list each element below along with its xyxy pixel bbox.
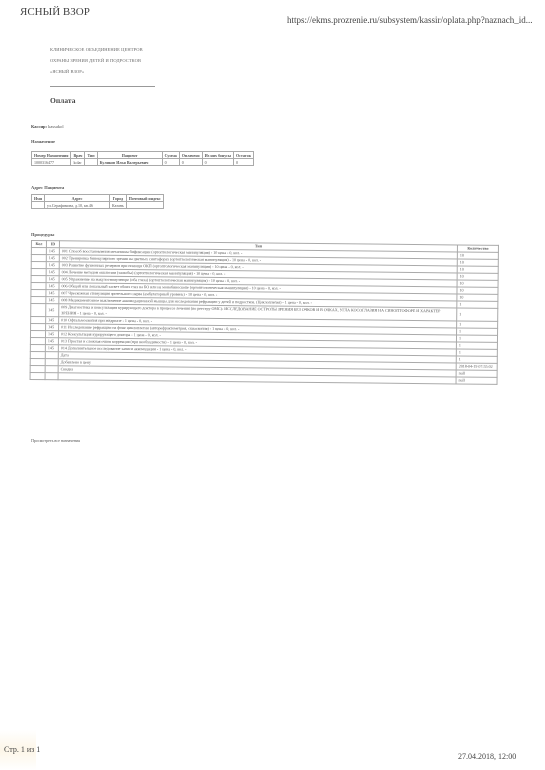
table-row: ул.Серафимова, д.10, кв.46 Казань xyxy=(32,202,164,209)
col-header: Адрес xyxy=(45,195,110,202)
cell-id: 145 xyxy=(45,345,58,352)
table-header-row: Имя Адрес Город Почтовый индекс xyxy=(32,195,164,202)
view-all-appointments-link[interactable]: Просмотреть все назначения xyxy=(31,438,80,443)
col-header: Из них бонусы xyxy=(202,152,233,159)
org-line-3: «ЯСНЫЙ ВЗОР» xyxy=(50,66,143,77)
cell: 0 xyxy=(234,159,254,166)
cell-empty xyxy=(30,372,45,379)
cell xyxy=(85,159,97,166)
cell-id: 145 xyxy=(46,248,59,255)
cell-checkbox xyxy=(31,304,46,317)
org-line-2: ОХРАНЫ ЗРЕНИЯ ДЕТЕЙ И ПОДРОСТКОВ xyxy=(50,55,143,66)
cell: 1000316477 xyxy=(32,159,71,166)
col-header: Имя xyxy=(32,195,45,202)
appointment-table: Номер Назначения Врач Тип Пациент Сумма … xyxy=(31,151,254,166)
cashier-label: Кассир: xyxy=(31,124,47,129)
address-table: Имя Адрес Город Почтовый индекс ул.Сераф… xyxy=(31,194,164,209)
col-header: Тип xyxy=(85,152,97,159)
col-header: Пациент xyxy=(97,152,162,159)
cell-id: 145 xyxy=(46,304,59,317)
appointment-section-title: Назначение xyxy=(31,139,55,144)
cell: 0 xyxy=(179,159,202,166)
table-header-row: Номер Назначения Врач Тип Пациент Сумма … xyxy=(32,152,254,159)
meta-value: 2018-04-19 07:55:02 xyxy=(456,363,497,370)
col-header: Город xyxy=(110,195,127,202)
cell-id: 145 xyxy=(46,290,59,297)
cell xyxy=(32,202,45,209)
page-title: Оплата xyxy=(50,96,75,105)
address-section-title: Адрес Пациента xyxy=(31,185,64,190)
print-datetime: 27.04.2018, 12:00 xyxy=(458,752,516,761)
cell-qty: 1 xyxy=(457,308,498,321)
cell-empty xyxy=(45,373,58,380)
col-header: Оплачено xyxy=(179,152,202,159)
cell-id: 145 xyxy=(46,297,59,304)
col-header: Сумма xyxy=(162,152,179,159)
cell: 0 xyxy=(162,159,179,166)
col-header: Почтовый индекс xyxy=(126,195,163,202)
print-header-title: ЯСНЫЙ ВЗОР xyxy=(20,6,90,18)
procedures-table: Кол ID Тип Количество 145001 Способ восс… xyxy=(30,240,499,385)
col-header: Номер Назначения xyxy=(32,152,71,159)
cell: 0 xyxy=(202,159,233,166)
cell-id: 145 xyxy=(46,262,59,269)
page-number: Стр. 1 из 1 xyxy=(4,745,40,754)
cell-id: 145 xyxy=(46,317,59,324)
cell-id: 145 xyxy=(45,338,58,345)
divider xyxy=(50,86,155,87)
cell-id: 145 xyxy=(46,269,59,276)
cell-id: 145 xyxy=(46,255,59,262)
cell-id: 145 xyxy=(45,331,58,338)
cashier-value: kassakol xyxy=(48,124,64,129)
org-line-1: КЛИНИЧЕСКОЕ ОБЪЕДИНЕНИЕ ЦЕНТРОВ xyxy=(50,44,143,55)
print-header-url: https://ekms.prozrenie.ru/subsystem/kass… xyxy=(287,15,532,25)
cell-id: 145 xyxy=(46,283,59,290)
cell-id: 145 xyxy=(46,276,59,283)
cashier-info: Кассир: kassakol xyxy=(31,124,64,129)
col-header: Остаток xyxy=(234,152,254,159)
cell: Казань xyxy=(110,202,127,209)
procedures-section-title: Процедуры xyxy=(31,232,54,237)
cell: ул.Серафимова, д.10, кв.46 xyxy=(45,202,110,209)
cell xyxy=(126,202,163,209)
cell: kolar xyxy=(71,159,85,166)
col-header: Врач xyxy=(71,152,85,159)
table-row: 1000316477 kolar Куликов Илья Валерьевич… xyxy=(32,159,254,166)
organization-name: КЛИНИЧЕСКОЕ ОБЪЕДИНЕНИЕ ЦЕНТРОВ ОХРАНЫ З… xyxy=(50,44,143,77)
cell-patient: Куликов Илья Валерьевич xyxy=(97,159,162,166)
cell-id: 145 xyxy=(46,324,59,331)
meta-value: null xyxy=(456,377,497,384)
